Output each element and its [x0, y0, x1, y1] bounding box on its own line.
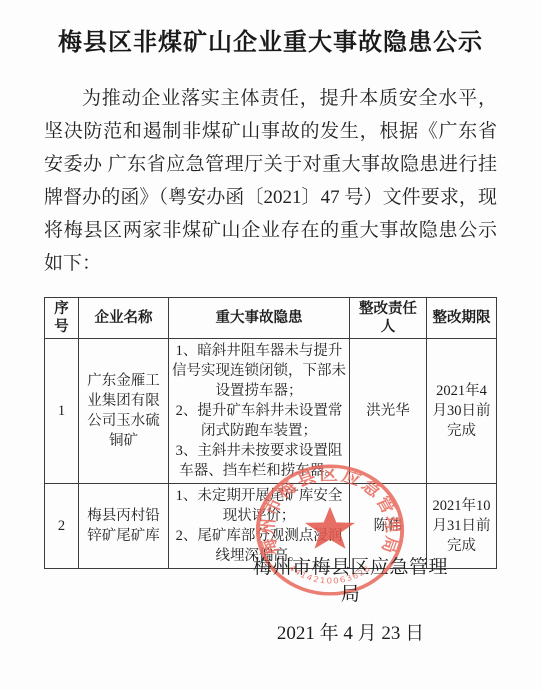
hazard-item: 1、未定期开展尾矿库安全现状评价；	[172, 486, 346, 526]
table-header-row: 序号 企业名称 重大事故隐患 整改责任人 整改期限	[45, 298, 497, 339]
hazard-table: 序号 企业名称 重大事故隐患 整改责任人 整改期限 1 广东金雁工业集团有限公司…	[44, 297, 497, 569]
intro-paragraph: 为推动企业落实主体责任，提升本质安全水平，坚决防范和遏制非煤矿山事故的发生，根据…	[44, 82, 497, 280]
rectification-deadline: 2021年4月30日前完成	[427, 339, 497, 484]
page-title: 梅县区非煤矿山企业重大事故隐患公示	[0, 22, 541, 57]
company-name: 梅县丙村铅锌矿尾矿库	[79, 484, 169, 569]
row-index: 1	[45, 339, 79, 484]
hazard-item: 3、主斜井未按要求设置阻车器、挡车栏和捞车器。	[172, 441, 346, 481]
col-header-company: 企业名称	[79, 298, 169, 339]
signature-block: 梅州市梅县区应急管理局 2021 年 4 月 23 日	[248, 552, 453, 645]
document-page: 梅县区非煤矿山企业重大事故隐患公示 为推动企业落实主体责任，提升本质安全水平，坚…	[0, 0, 541, 690]
col-header-index: 序号	[45, 298, 79, 339]
hazard-item: 1、暗斜井阻车器未与提升信号实现连锁闭锁，下部未设置捞车器；	[172, 341, 346, 401]
col-header-responsible: 整改责任人	[350, 298, 427, 339]
responsible-person: 洪光华	[350, 339, 427, 484]
row-index: 2	[45, 484, 79, 569]
company-name: 广东金雁工业集团有限公司玉水硫铜矿	[79, 339, 169, 484]
hazard-list: 1、暗斜井阻车器未与提升信号实现连锁闭锁，下部未设置捞车器； 2、提升矿车斜井未…	[169, 339, 350, 484]
hazard-item: 2、提升矿车斜井未设置常闭式防跑车装置；	[172, 401, 346, 441]
col-header-hazard: 重大事故隐患	[169, 298, 350, 339]
issuer-name: 梅州市梅县区应急管理局	[248, 552, 453, 606]
issue-date: 2021 年 4 月 23 日	[248, 618, 453, 645]
table-row: 1 广东金雁工业集团有限公司玉水硫铜矿 1、暗斜井阻车器未与提升信号实现连锁闭锁…	[45, 339, 497, 484]
col-header-deadline: 整改期限	[427, 298, 497, 339]
